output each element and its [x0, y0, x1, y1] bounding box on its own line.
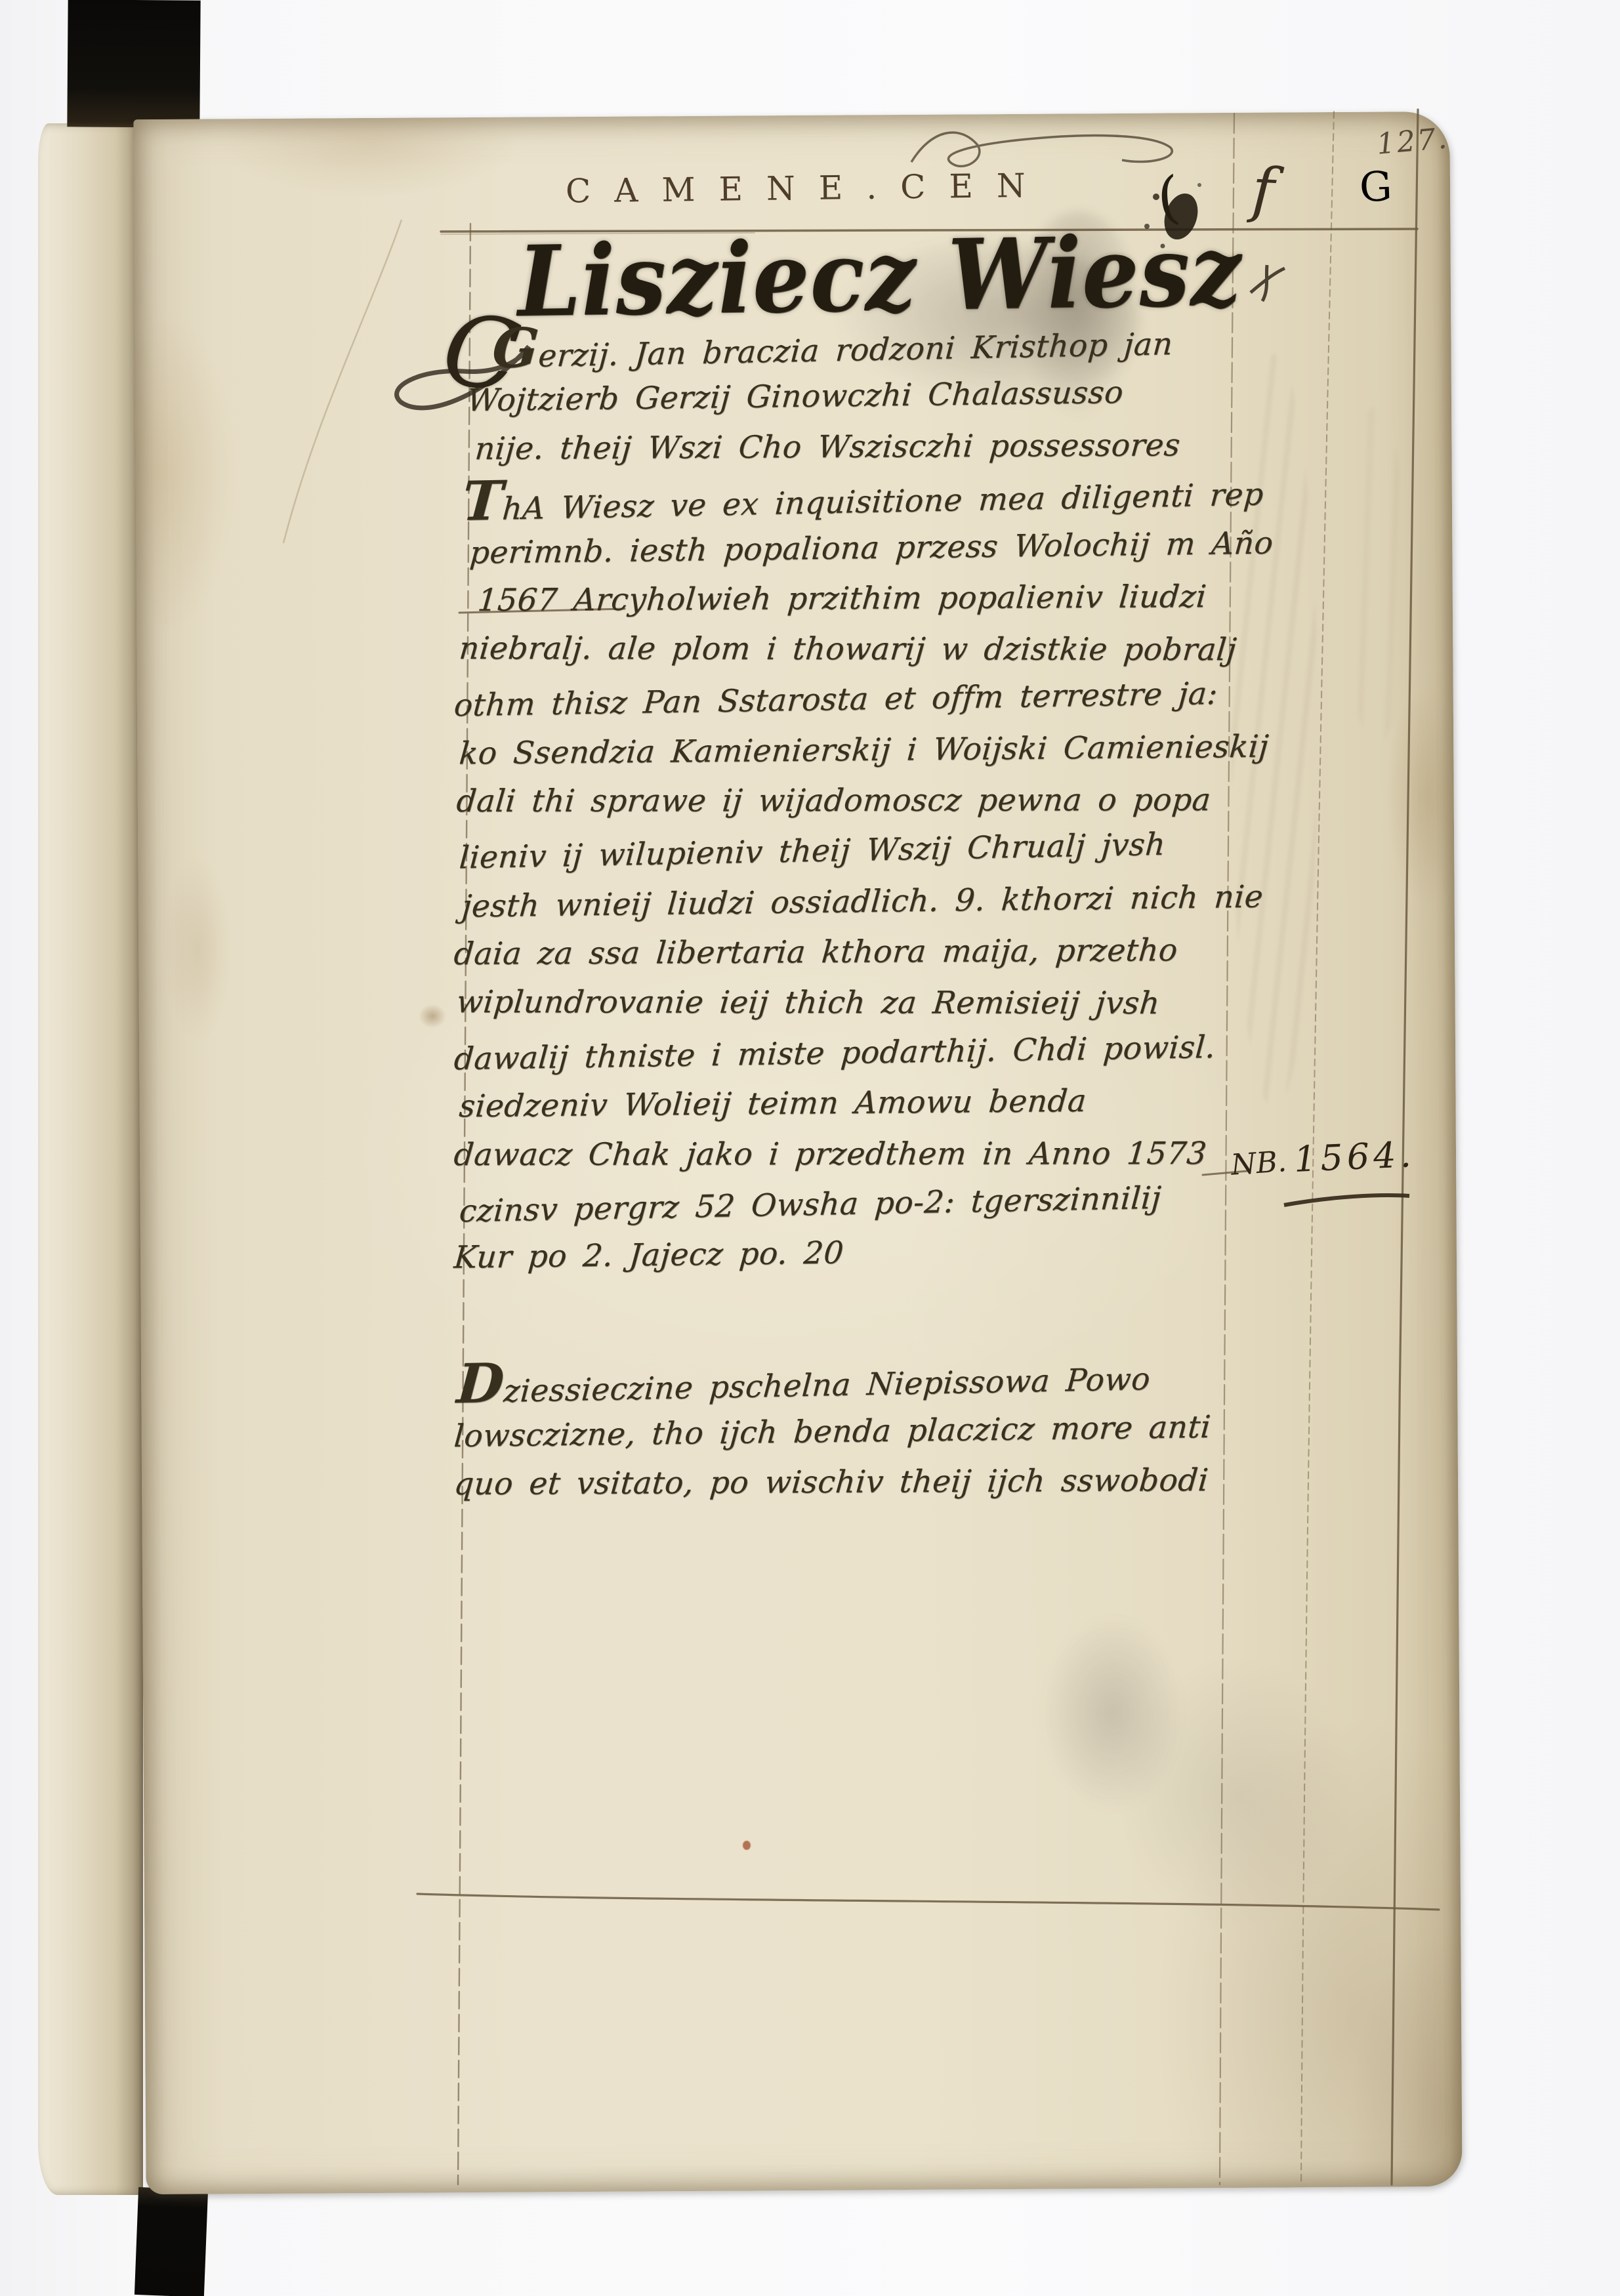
text-line: nije. theij Wszi Cho Wszisczhi possessor… [474, 427, 1182, 467]
text-line: Kur po 2. Jajecz po. 20 [453, 1235, 845, 1275]
district-title: CAMENE.CEN [566, 167, 1049, 211]
column-letter-f: f [1250, 154, 1276, 226]
text-line: quo et vsitato, po wischiv theij ijch ss… [453, 1462, 1210, 1502]
text-line: niebralj. ale plom i thowarij w dzistkie… [458, 630, 1238, 668]
text-line: dali thi sprawe ij wijadomoscz pewna o p… [455, 782, 1213, 819]
binding-strap-bottom [135, 2187, 208, 2296]
text-line: daia za ssa libertaria kthora maija, prz… [453, 932, 1179, 972]
text-line: ko Ssendzia Kamienierskij i Woijski Cami… [458, 729, 1270, 772]
previous-page-edge [38, 123, 143, 2195]
binding-strap-top [67, 0, 200, 128]
text-line: 1567 Arcyholwieh przithim popalieniv liu… [476, 579, 1208, 619]
text-line: siedzeniv Wolieij teimn Amowu benda [458, 1083, 1088, 1124]
column-letter-g: G [1359, 162, 1393, 211]
text-line: dawacz Chak jako i przedthem in Anno 157… [453, 1136, 1209, 1173]
margin-note-abbrev: NB. [1230, 1145, 1287, 1182]
folio-number: 127. [1375, 121, 1450, 161]
margin-note-year: 1564. [1293, 1134, 1416, 1180]
scan-stage: CAMENE.CEN ( f G 127. Lisziecz Wiesz C N… [0, 0, 1620, 2296]
text-line: wiplundrovanie ieij thich za Remisieij j… [455, 984, 1161, 1021]
entry-title: Lisziecz Wiesz [517, 213, 1242, 338]
